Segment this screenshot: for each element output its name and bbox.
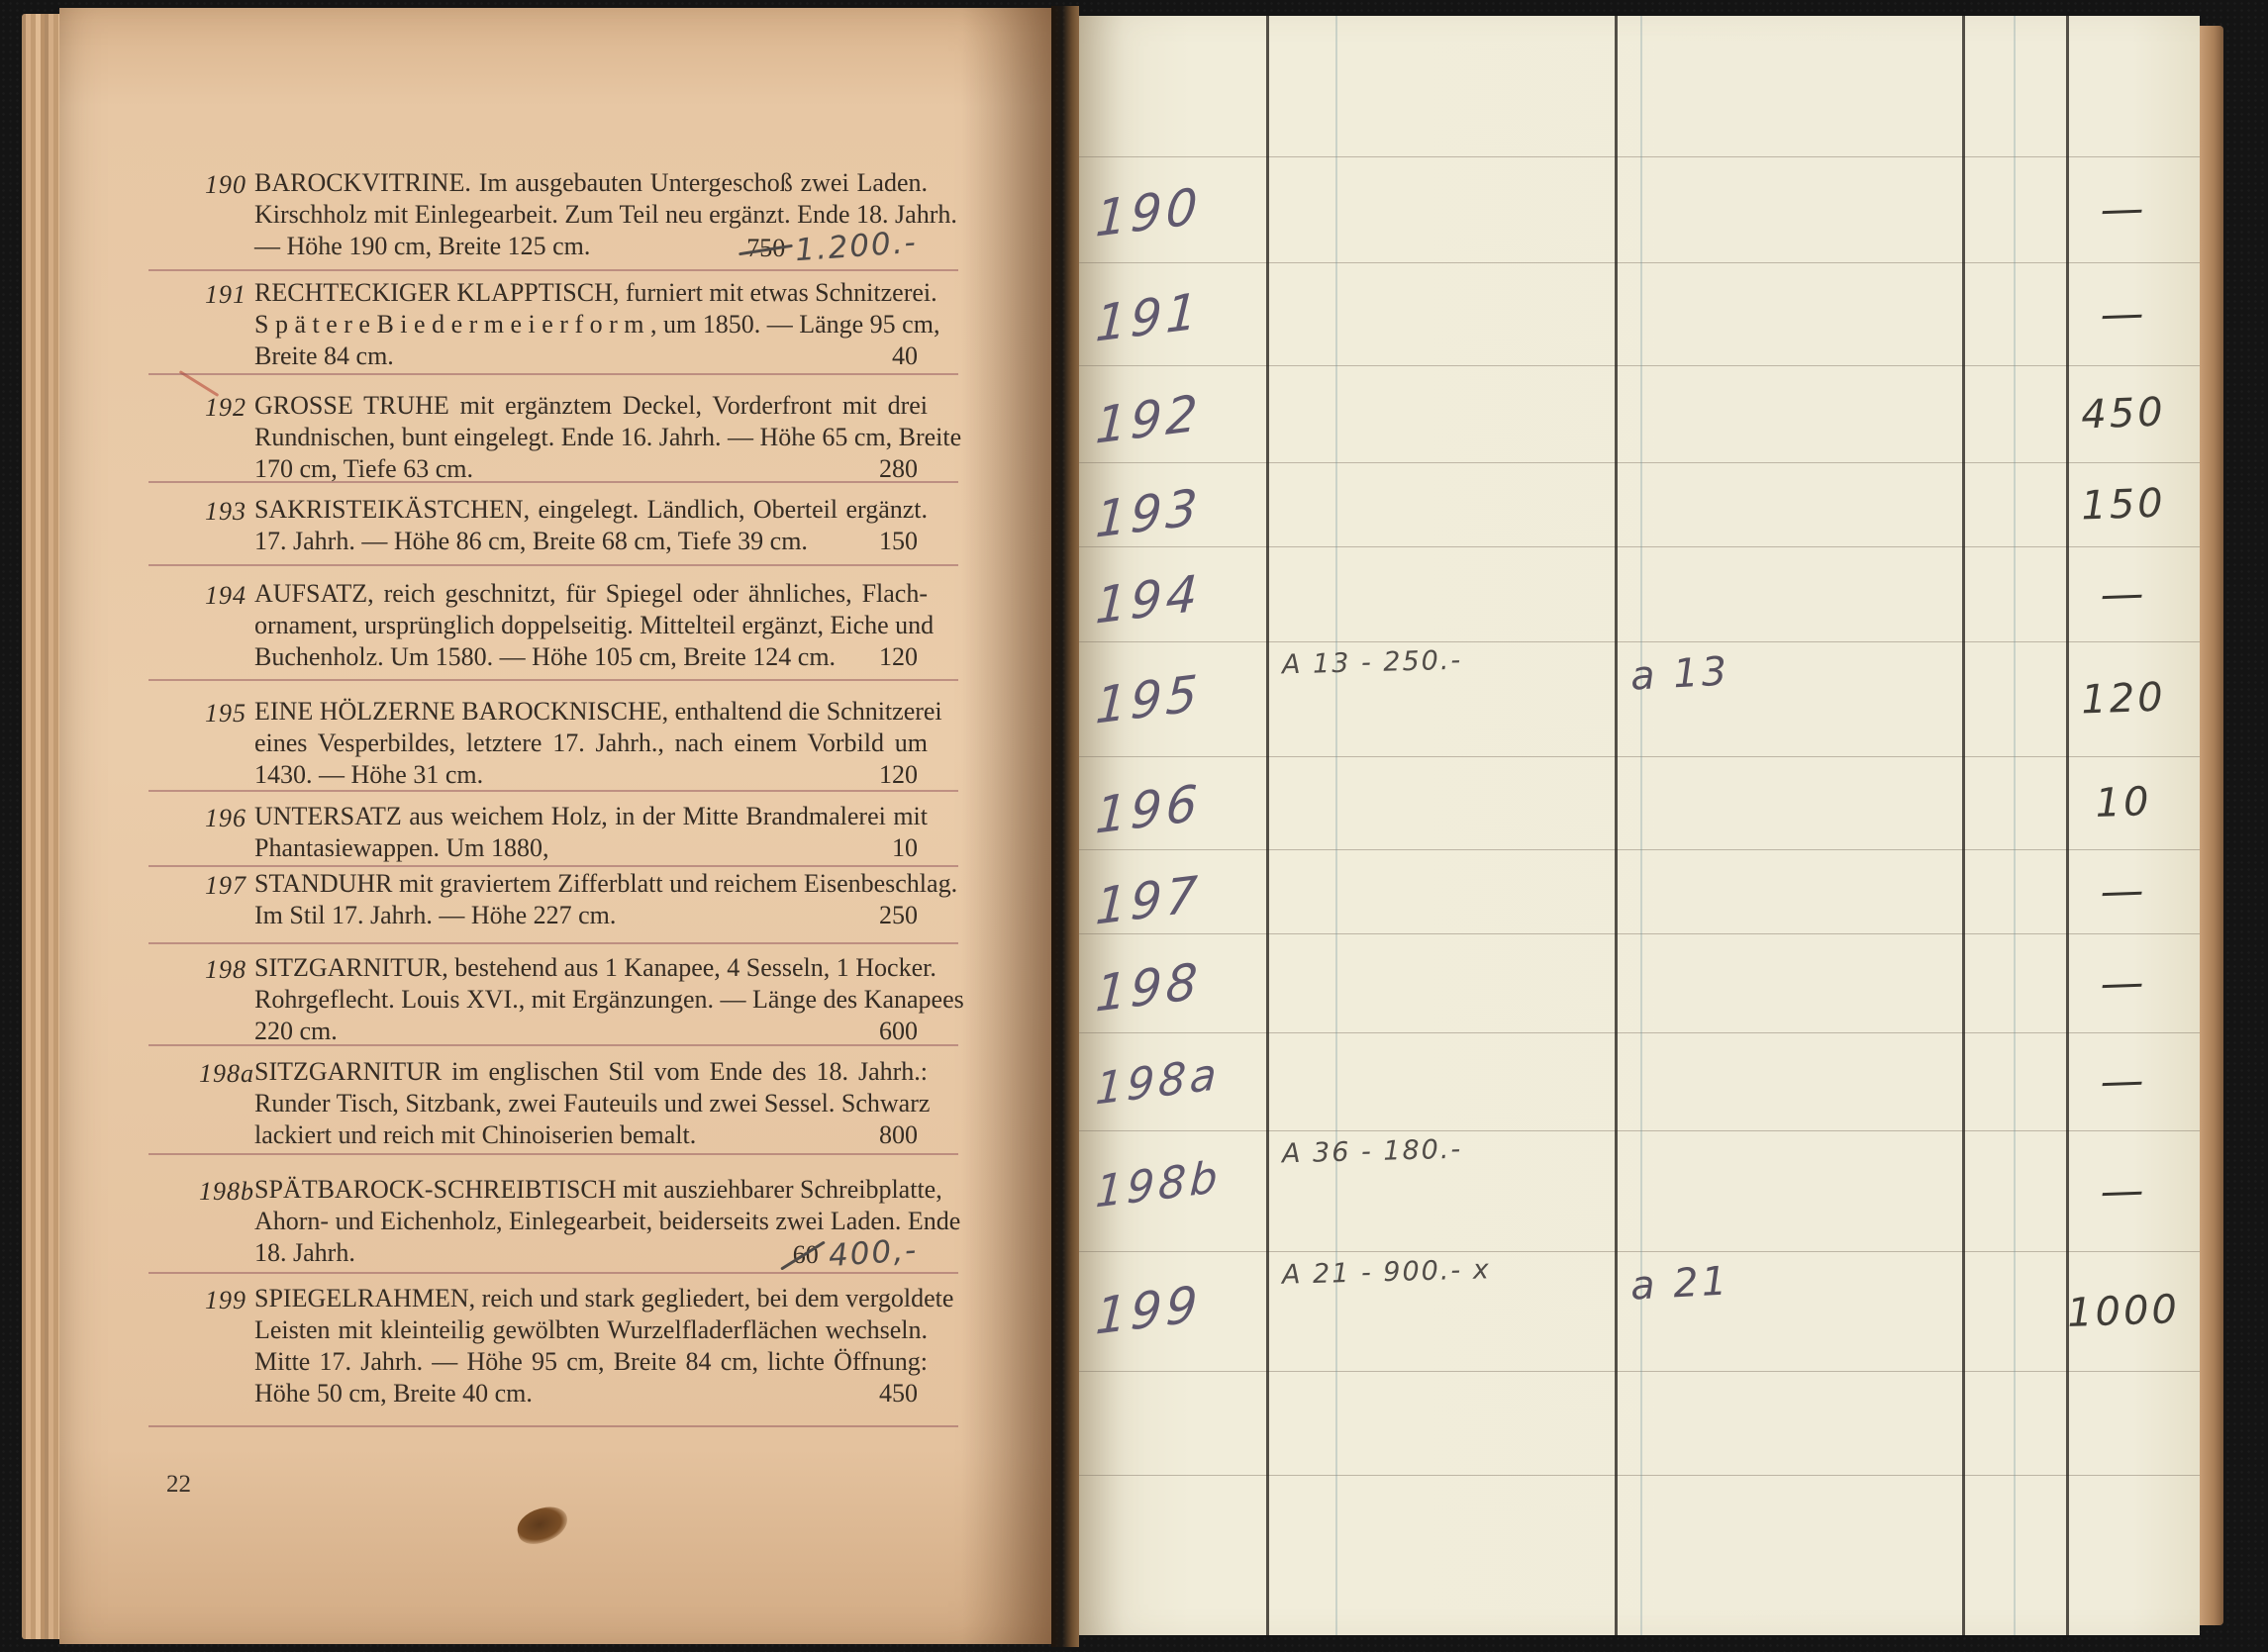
handwritten-lot-number: 196 — [1094, 766, 1264, 845]
handwritten-result: 450 — [2052, 363, 2194, 465]
entry-price: 800 — [879, 1119, 918, 1151]
entry-text: 1430. — Höhe 31 cm. — [254, 759, 483, 791]
page-curl-shadow — [962, 8, 1051, 1644]
entry-number: 195 — [199, 699, 247, 729]
ledger-row: 19610 — [1079, 756, 2200, 849]
ledger-row: 193150 — [1079, 462, 2200, 546]
entry-price: 120 — [879, 641, 918, 673]
entry-separator — [148, 679, 958, 681]
handwritten-lot-number: 192 — [1094, 376, 1264, 455]
handwritten-lot-number: 190 — [1094, 169, 1264, 248]
handwritten-price: 1.200.- — [794, 227, 919, 267]
catalog-entry: 190BAROCKVITRINE. Im ausgebauten Unterge… — [254, 167, 928, 264]
handwritten-note: A 36 - 180.- — [1282, 1134, 1463, 1170]
entry-separator — [148, 564, 958, 566]
entry-separator — [148, 1153, 958, 1155]
handwritten-result: — — [2052, 260, 2195, 368]
entry-text-line: Im Stil 17. Jahrh. — Höhe 227 cm.250 — [254, 900, 928, 931]
catalog-entry: 195EINE HÖLZERNE BAROCKNISCHE, enthalten… — [254, 696, 928, 791]
entry-text: — Höhe 190 cm, Breite 125 cm. — [254, 231, 590, 264]
ledger-row: 191— — [1079, 262, 2200, 365]
handwritten-result: — — [2052, 154, 2195, 265]
entry-text: Breite 84 cm. — [254, 340, 394, 372]
handwritten-result: — — [2052, 1128, 2195, 1254]
catalog-entry: 198bSPÄTBAROCK-SCHREIBTISCH mit ausziehb… — [254, 1174, 928, 1271]
entry-number: 194 — [199, 581, 247, 611]
crossed-out-price: 60 — [791, 1239, 821, 1271]
handwritten-lot-number: 198 — [1094, 944, 1264, 1023]
catalog-entry: 197STANDUHR mit graviertem Zifferblatt u… — [254, 868, 928, 931]
catalog-entry: 198SITZGARNITUR, bestehend aus 1 Kanapee… — [254, 952, 928, 1047]
ledger-row: 194— — [1079, 546, 2200, 641]
entry-number: 197 — [199, 871, 247, 901]
book-gutter — [1051, 6, 1079, 1647]
entry-text-line: 1430. — Höhe 31 cm.120 — [254, 759, 928, 791]
entry-text: 18. Jahrh. — [254, 1237, 355, 1271]
entry-text-line: SITZGARNITUR im englischen Stil vom Ende… — [254, 1056, 928, 1088]
entry-price: 450 — [879, 1378, 918, 1409]
entry-number: 199 — [199, 1286, 247, 1315]
entry-text-line: 220 cm.600 — [254, 1016, 928, 1047]
entry-price: 60400,- — [791, 1237, 918, 1271]
handwritten-result: — — [2053, 847, 2195, 936]
catalog-entry: 194AUFSATZ, reich geschnitzt, für Spiege… — [254, 578, 928, 673]
entry-separator — [148, 269, 958, 271]
entry-text: Im Stil 17. Jahrh. — Höhe 227 cm. — [254, 900, 616, 931]
ink-stain — [513, 1503, 571, 1548]
entry-text-line: Höhe 50 cm, Breite 40 cm.450 — [254, 1378, 928, 1409]
entry-text-line: RECHTECKIGER KLAPPTISCH, furniert mit et… — [254, 277, 928, 309]
handwritten-result: 1000 — [2052, 1249, 2195, 1374]
entry-price: 120 — [879, 759, 918, 791]
entry-separator — [148, 373, 958, 375]
handwritten-code: a 13 — [1629, 648, 1730, 699]
entry-text-line: S p ä t e r e B i e d e r m e i e r f o … — [254, 309, 928, 340]
entry-text-line: Phantasiewappen. Um 1880,10 — [254, 832, 928, 864]
entry-text-line: Buchenholz. Um 1580. — Höhe 105 cm, Brei… — [254, 641, 928, 673]
entry-separator — [148, 1044, 958, 1046]
entry-separator — [148, 942, 958, 944]
ledger-page: 190—191—192450193150194—195A 13 - 250.-a… — [1079, 16, 2200, 1635]
handwritten-result: — — [2052, 544, 2194, 644]
entry-separator — [148, 1425, 958, 1427]
entry-number: 198b — [199, 1177, 247, 1207]
entry-separator — [148, 790, 958, 792]
catalog-entry: 192GROSSE TRUHE mit ergänztem Deckel, Vo… — [254, 390, 928, 485]
entry-separator — [148, 865, 958, 867]
catalog-entry: 196UNTERSATZ aus weichem Holz, in der Mi… — [254, 801, 928, 864]
entry-separator — [148, 1272, 958, 1274]
ledger-row: 198a— — [1079, 1032, 2200, 1130]
entry-price: 250 — [879, 900, 918, 931]
handwritten-lot-number: 193 — [1094, 470, 1264, 549]
ledger-row: 198— — [1079, 933, 2200, 1032]
handwritten-note: A 13 - 250.- — [1282, 645, 1463, 681]
entry-number: 198a — [199, 1059, 247, 1089]
entry-text-line: eines Vesperbildes, letztere 17. Jahrh.,… — [254, 728, 928, 759]
handwritten-lot-number: 198b — [1094, 1146, 1263, 1217]
scanned-auction-catalog-spread: 190BAROCKVITRINE. Im ausgebauten Unterge… — [0, 0, 2268, 1652]
handwritten-code: a 21 — [1629, 1258, 1730, 1309]
handwritten-note: A 21 - 900.- x — [1282, 1254, 1491, 1291]
entry-price: 40 — [892, 340, 918, 372]
entry-text-line: SITZGARNITUR, bestehend aus 1 Kanapee, 4… — [254, 952, 928, 984]
catalog-entry: 198aSITZGARNITUR im englischen Stil vom … — [254, 1056, 928, 1151]
entry-text-line: Breite 84 cm.40 — [254, 340, 928, 372]
page-fore-edge — [2200, 26, 2223, 1625]
entry-text-line: UNTERSATZ aus weichem Holz, in der Mitte… — [254, 801, 928, 832]
entry-text-line: Mitte 17. Jahrh. — Höhe 95 cm, Breite 84… — [254, 1346, 928, 1378]
ledger-horizontal-line — [1079, 1371, 2200, 1372]
ledger-row: 197— — [1079, 849, 2200, 933]
entry-text-line: 18. Jahrh.60400,- — [254, 1237, 928, 1271]
entry-text-line: Leisten mit kleinteilig gewölbten Wurzel… — [254, 1314, 928, 1346]
entry-text: lackiert und reich mit Chinoiserien bema… — [254, 1119, 696, 1151]
entry-text-line: GROSSE TRUHE mit ergänztem Deckel, Vorde… — [254, 390, 928, 422]
ledger-row: 199A 21 - 900.- xa 211000 — [1079, 1251, 2200, 1371]
handwritten-result: 10 — [2052, 754, 2194, 852]
ledger-row: 198bA 36 - 180.-— — [1079, 1130, 2200, 1251]
entry-number: 191 — [199, 280, 247, 310]
handwritten-result: 150 — [2053, 460, 2195, 549]
entry-text-line: EINE HÖLZERNE BAROCKNISCHE, enthaltend d… — [254, 696, 928, 728]
handwritten-price: 400,- — [828, 1234, 919, 1272]
entry-text-line: STANDUHR mit graviertem Zifferblatt und … — [254, 868, 928, 900]
ledger-row: 195A 13 - 250.-a 13120 — [1079, 641, 2200, 756]
entry-number: 198 — [199, 955, 247, 985]
entry-number: 193 — [199, 497, 247, 527]
entry-price: 10 — [892, 832, 918, 864]
entry-number: 190 — [199, 170, 247, 200]
ledger-horizontal-line — [1079, 1475, 2200, 1476]
handwritten-lot-number: 198a — [1094, 1043, 1263, 1115]
entry-price: 7501.200.- — [744, 231, 918, 264]
ledger-row: 190— — [1079, 156, 2200, 262]
entry-separator — [148, 481, 958, 483]
entry-text-line: — Höhe 190 cm, Breite 125 cm.7501.200.- — [254, 231, 928, 264]
handwritten-lot-number: 197 — [1094, 857, 1264, 936]
entry-text-line: AUFSATZ, reich geschnitzt, für Spiegel o… — [254, 578, 928, 610]
entry-text-line: SPÄTBAROCK-SCHREIBTISCH mit ausziehbarer… — [254, 1174, 928, 1206]
entry-text-line: BAROCKVITRINE. Im ausgebauten Untergesch… — [254, 167, 928, 199]
entry-text-line: ornament, ursprünglich doppelseitig. Mit… — [254, 610, 928, 641]
entry-text-line: SPIEGELRAHMEN, reich und stark geglieder… — [254, 1283, 928, 1314]
entry-text: 17. Jahrh. — Höhe 86 cm, Breite 68 cm, T… — [254, 526, 808, 557]
catalog-page: 190BAROCKVITRINE. Im ausgebauten Unterge… — [59, 8, 1051, 1644]
handwritten-lot-number: 195 — [1094, 656, 1264, 735]
entry-text: 220 cm. — [254, 1016, 338, 1047]
entry-text: Phantasiewappen. Um 1880, — [254, 832, 549, 864]
handwritten-lot-number: 191 — [1094, 274, 1264, 353]
page-number: 22 — [166, 1471, 191, 1499]
entry-text: Buchenholz. Um 1580. — Höhe 105 cm, Brei… — [254, 641, 836, 673]
entry-text-line: Rohrgeflecht. Louis XVI., mit Ergänzunge… — [254, 984, 928, 1016]
entry-text-line: 17. Jahrh. — Höhe 86 cm, Breite 68 cm, T… — [254, 526, 928, 557]
entry-price: 600 — [879, 1016, 918, 1047]
crossed-out-price: 750 — [744, 233, 787, 264]
entry-text-line: SAKRISTEIKÄSTCHEN, eingelegt. Ländlich, … — [254, 494, 928, 526]
handwritten-result: — — [2052, 1030, 2194, 1133]
catalog-entry: 199SPIEGELRAHMEN, reich und stark geglie… — [254, 1283, 928, 1409]
entry-text-line: Runder Tisch, Sitzbank, zwei Fauteuils u… — [254, 1088, 928, 1119]
catalog-entry: 193SAKRISTEIKÄSTCHEN, eingelegt. Ländlic… — [254, 494, 928, 557]
entry-text-line: Ahorn- und Eichenholz, Einlegearbeit, be… — [254, 1206, 928, 1237]
entry-price: 150 — [879, 526, 918, 557]
ledger-row: 192450 — [1079, 365, 2200, 462]
entry-text-line: lackiert und reich mit Chinoiserien bema… — [254, 1119, 928, 1151]
entry-text: Höhe 50 cm, Breite 40 cm. — [254, 1378, 533, 1409]
catalog-entry: 191RECHTECKIGER KLAPPTISCH, furniert mit… — [254, 277, 928, 372]
entry-text-line: Rundnischen, bunt eingelegt. Ende 16. Ja… — [254, 422, 928, 453]
handwritten-result: 120 — [2052, 639, 2195, 759]
handwritten-lot-number: 199 — [1094, 1267, 1264, 1346]
entry-number: 196 — [199, 804, 247, 833]
handwritten-result: — — [2052, 931, 2194, 1035]
entry-number: 192 — [199, 393, 247, 423]
entry-text-line: Kirschholz mit Einlegearbeit. Zum Teil n… — [254, 199, 928, 231]
handwritten-lot-number: 194 — [1094, 556, 1264, 635]
